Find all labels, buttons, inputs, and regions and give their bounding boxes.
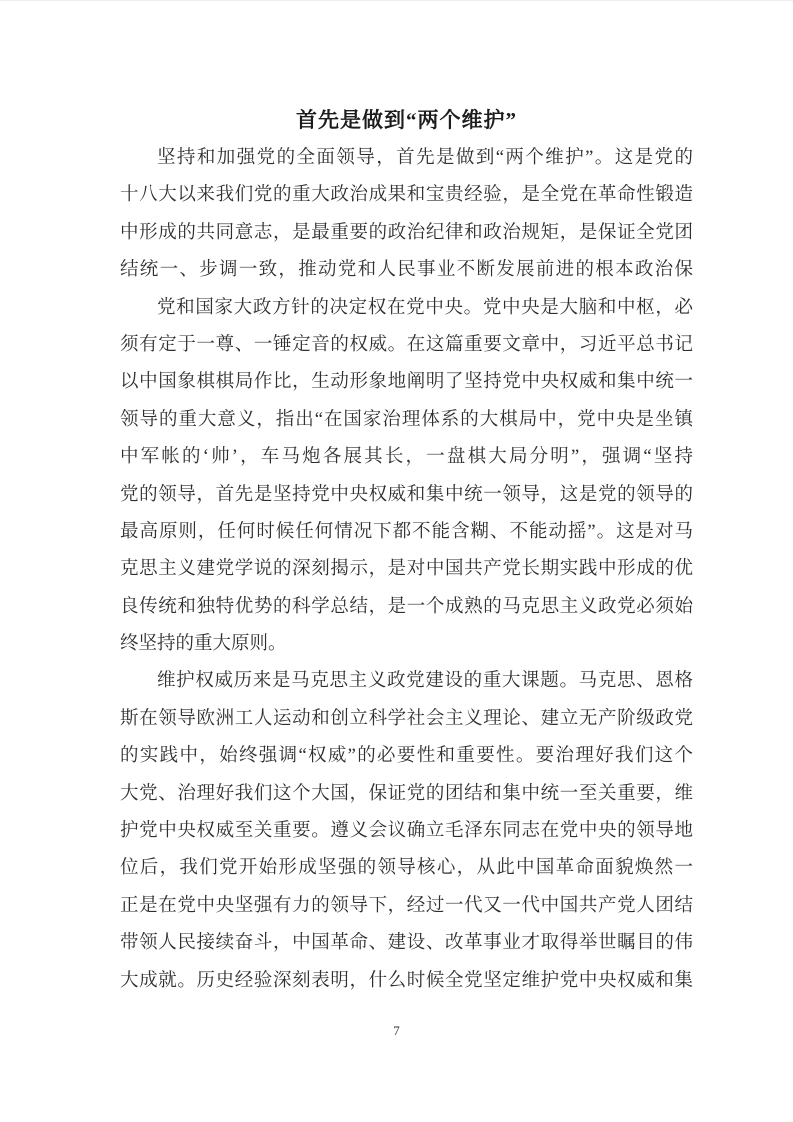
text-line: 大成就。历史经验深刻表明，什么时候全党坚定维护党中央权威和集 bbox=[120, 963, 693, 1000]
text-line: 十八大以来我们党的重大政治成果和宝贵经验，是全党在革命性锻造 bbox=[120, 177, 693, 214]
text-line: 领导的重大意义，指出“在国家治理体系的大棋局中，党中央是坐镇 bbox=[120, 402, 693, 439]
text-line: 中形成的共同意志，是最重要的政治纪律和政治规矩，是保证全党团 bbox=[120, 215, 693, 252]
paragraph: 党和国家大政方针的决定权在党中央。党中央是大脑和中枢，必须有定于一尊、一锤定音的… bbox=[120, 290, 693, 664]
text-line: 中军帐的‘帅’，车马炮各展其长，一盘棋大局分明”，强调“坚持 bbox=[120, 439, 693, 476]
text-line: 党的领导，首先是坚持党中央权威和集中统一领导，这是党的领导的 bbox=[120, 477, 693, 514]
text-line: 以中国象棋棋局作比，生动形象地阐明了坚持党中央权威和集中统一 bbox=[120, 364, 693, 401]
text-line: 终坚持的重大原则。 bbox=[120, 626, 693, 663]
text-line: 党和国家大政方针的决定权在党中央。党中央是大脑和中枢，必 bbox=[120, 290, 693, 327]
text-line: 带领人民接续奋斗，中国革命、建设、改革事业才取得举世瞩目的伟 bbox=[120, 925, 693, 962]
text-line: 的实践中，始终强调“权威”的必要性和重要性。要治理好我们这个 bbox=[120, 738, 693, 775]
page-number: 7 bbox=[0, 1023, 793, 1039]
text-line: 维护权威历来是马克思主义政党建设的重大课题。马克思、恩格 bbox=[120, 663, 693, 700]
text-line: 良传统和独特优势的科学总结，是一个成熟的马克思主义政党必须始 bbox=[120, 589, 693, 626]
document-body: 坚持和加强党的全面领导，首先是做到“两个维护”。这是党的十八大以来我们党的重大政… bbox=[120, 140, 693, 1000]
text-line: 护党中央权威至关重要。遵义会议确立毛泽东同志在党中央的领导地 bbox=[120, 813, 693, 850]
text-line: 位后，我们党开始形成坚强的领导核心，从此中国革命面貌焕然一新。 bbox=[120, 850, 693, 887]
paragraph: 维护权威历来是马克思主义政党建设的重大课题。马克思、恩格斯在领导欧洲工人运动和创… bbox=[120, 663, 693, 1000]
text-line: 最高原则，任何时候任何情况下都不能含糊、不能动摇”。这是对马 bbox=[120, 514, 693, 551]
text-line: 须有定于一尊、一锤定音的权威。在这篇重要文章中，习近平总书记 bbox=[120, 327, 693, 364]
paragraph: 坚持和加强党的全面领导，首先是做到“两个维护”。这是党的十八大以来我们党的重大政… bbox=[120, 140, 693, 290]
document-page: 首先是做到“两个维护” 坚持和加强党的全面领导，首先是做到“两个维护”。这是党的… bbox=[0, 0, 793, 1122]
text-line: 斯在领导欧洲工人运动和创立科学社会主义理论、建立无产阶级政党 bbox=[120, 701, 693, 738]
text-line: 大党、治理好我们这个大国，保证党的团结和集中统一至关重要，维 bbox=[120, 776, 693, 813]
text-line: 结统一、步调一致，推动党和人民事业不断发展前进的根本政治保证。 bbox=[120, 252, 693, 289]
text-line: 正是在党中央坚强有力的领导下，经过一代又一代中国共产党人团结 bbox=[120, 888, 693, 925]
text-line: 克思主义建党学说的深刻揭示，是对中国共产党长期实践中形成的优 bbox=[120, 551, 693, 588]
document-title: 首先是做到“两个维护” bbox=[120, 104, 693, 134]
text-line: 坚持和加强党的全面领导，首先是做到“两个维护”。这是党的 bbox=[120, 140, 693, 177]
